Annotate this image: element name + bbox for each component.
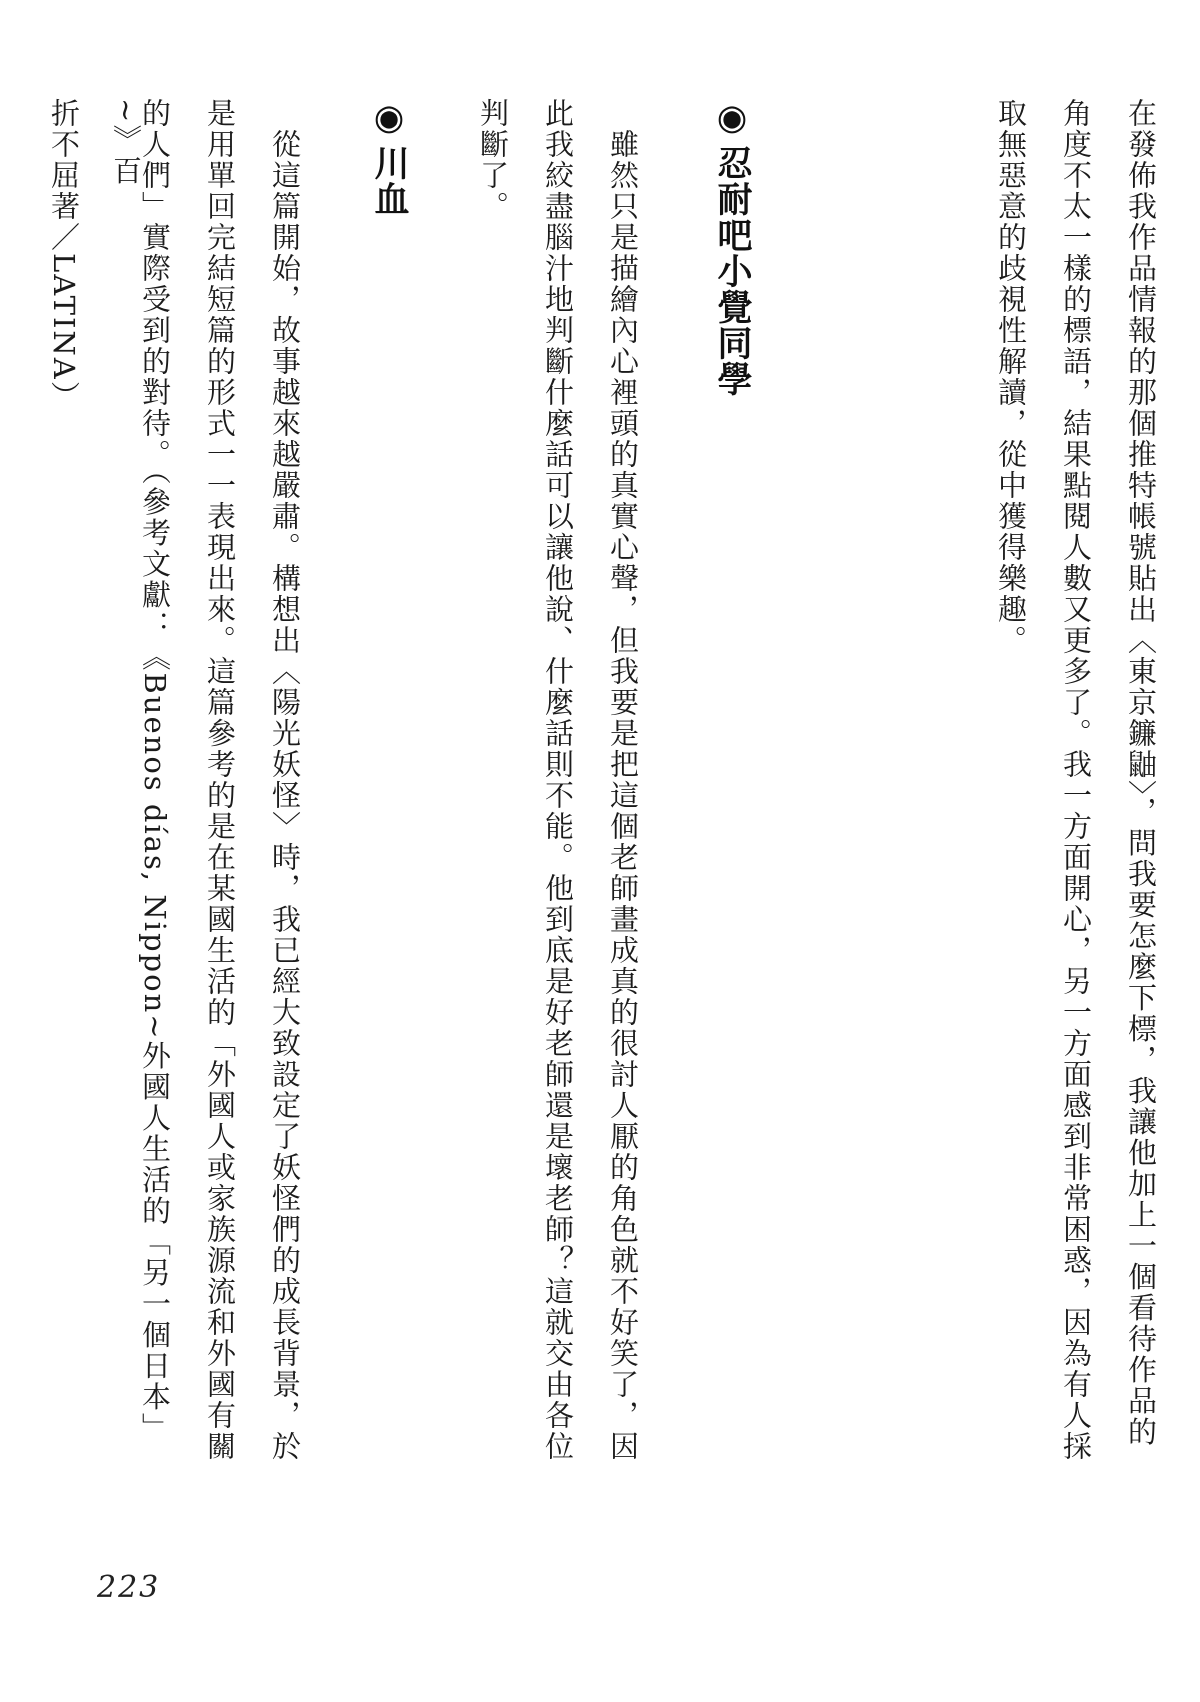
section1-paragraph-line-2: 此我絞盡腦汁地判斷什麼話可以讓他說、什麼話則不能。他到底是好老師還是壞老師？這就… xyxy=(543,98,572,1478)
vertical-text-page-content: 在發佈我作品情報的那個推特帳號貼出〈東京鐮鼬〉，問我要怎麼下標，我讓他加上一個看… xyxy=(49,98,1155,1478)
section1-title: 忍耐吧小覺同學 xyxy=(712,145,752,397)
section2-paragraph-line-1: 從這篇開始，故事越來越嚴肅。構想出〈陽光妖怪〉時，我已經大致設定了妖怪們的成長背… xyxy=(270,98,299,1478)
page-number: 223 xyxy=(97,1570,160,1605)
intro-paragraph-line-2: 角度不太一樣的標語，結果點閱人數又更多了。我一方面開心，另一方面感到非常困惑，因… xyxy=(1061,98,1090,1478)
section2-heading: ◉川血 xyxy=(371,98,406,1478)
section1-heading: ◉忍耐吧小覺同學 xyxy=(714,98,749,1478)
section1-paragraph-line-1: 雖然只是描繪內心裡頭的真實心聲，但我要是把這個老師畫成真的很討人厭的角色就不好笑… xyxy=(608,98,637,1478)
section-bullet-icon: ◉ xyxy=(369,98,409,139)
intro-paragraph-line-1: 在發佈我作品情報的那個推特帳號貼出〈東京鐮鼬〉，問我要怎麼下標，我讓他加上一個看… xyxy=(1126,98,1155,1478)
section2-paragraph-line-4: 折不屈著／LATINA） xyxy=(49,98,78,1478)
section2-paragraph-line-2: 是用單回完結短篇的形式一一表現出來。這篇參考的是在某國生活的「外國人或家族源流和… xyxy=(205,98,234,1478)
section2-paragraph-line-3: 的人們」實際受到的對待。（參考文獻：《Buenos días, Nippon~外… xyxy=(111,98,169,1478)
section1-paragraph-line-3: 判斷了。 xyxy=(478,98,507,1478)
section-bullet-icon: ◉ xyxy=(712,98,752,139)
intro-paragraph-line-3: 取無惡意的歧視性解讀，從中獲得樂趣。 xyxy=(996,98,1025,1478)
section2-title: 川血 xyxy=(369,145,409,217)
